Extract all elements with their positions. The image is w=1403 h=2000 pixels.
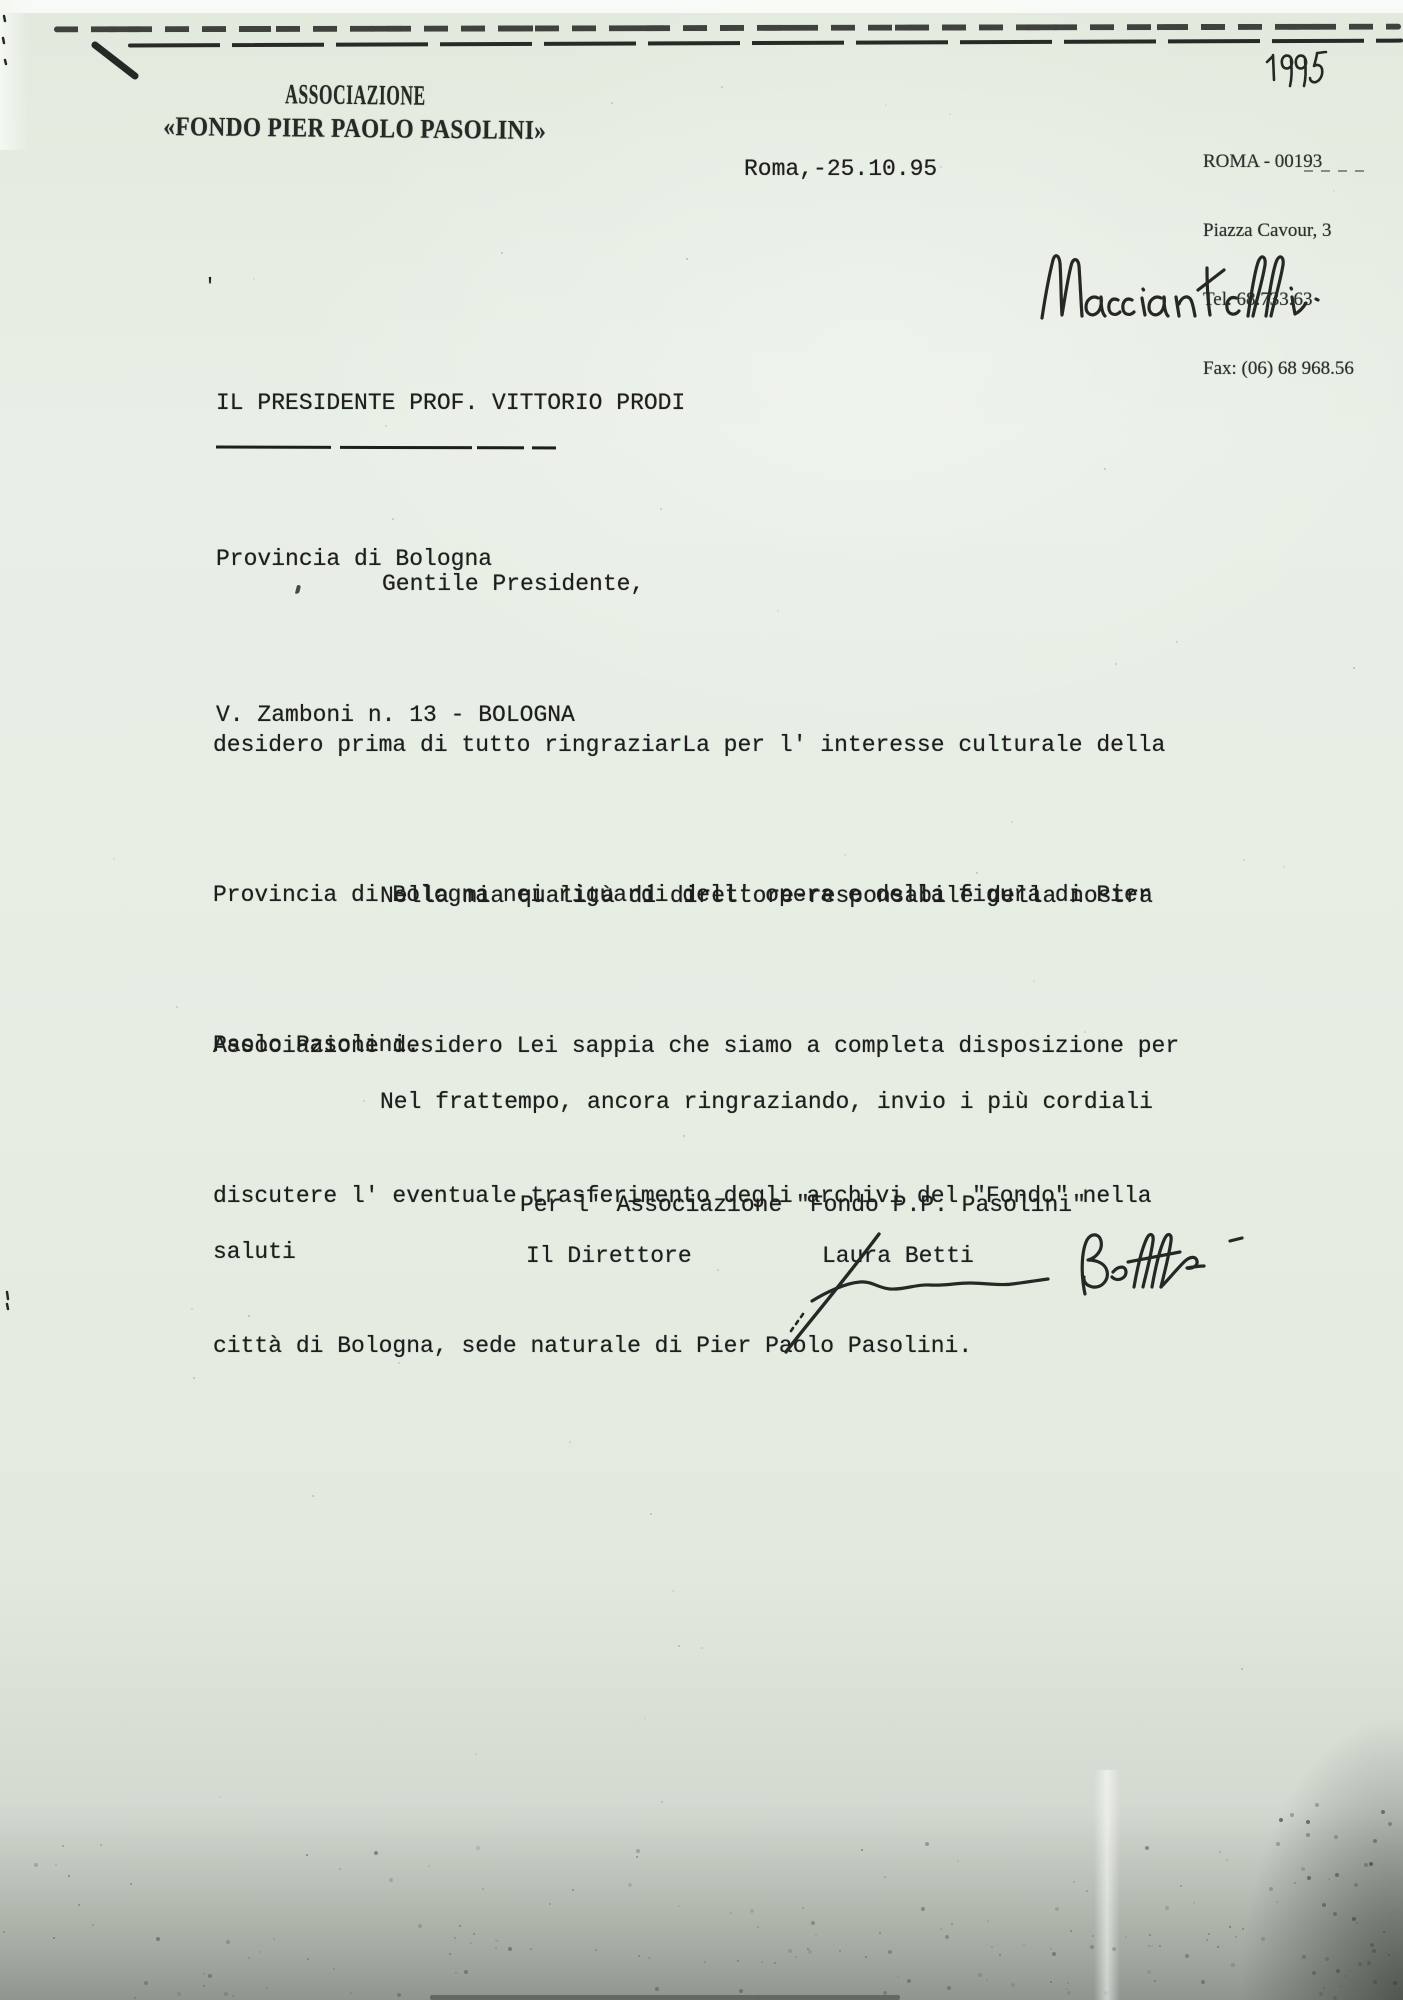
corner-address-block: ROMA - 00193 Piazza Cavour, 3 Tel. 68.73… (1203, 104, 1393, 426)
letterhead-fondo-name: «FONDO PIER PAOLO PASOLINI» (148, 111, 561, 146)
recipient-name-line: IL PRESIDENTE PROF. VITTORIO PRODI (216, 377, 685, 429)
body-line: desidero prima di tutto ringraziarLa per… (213, 720, 1165, 770)
corner-city-line: ROMA - 00193 (1203, 150, 1393, 173)
paragraph-3: Nel frattempo, ancora ringraziando, invi… (213, 977, 1153, 1377)
scan-edge-left-strip (0, 0, 28, 150)
closing-name-line: Laura Betti (822, 1231, 974, 1281)
body-line: Nella mia qualità di direttore-responsab… (213, 871, 1179, 921)
left-edge-marks (3, 16, 8, 1309)
corner-street-line: Piazza Cavour, 3 (1203, 219, 1393, 242)
salutation: Gentile Presidente, (382, 559, 644, 609)
corner-tel-line: Tel. 68.733.63 (1203, 288, 1393, 311)
letterhead-association: ASSOCIAZIONE (285, 79, 426, 112)
photocopy-noise (0, 0, 2, 2)
date-line: Roma,-25.10.95 (744, 155, 937, 183)
stray-apostrophe-mark: ' (204, 276, 216, 299)
photocopy-edge-dashes-lower (128, 39, 1403, 48)
closing-role-line: Il Direttore (526, 1231, 692, 1281)
pen-mark-top-left (95, 45, 135, 76)
scanned-letter-page: ASSOCIAZIONE «FONDO PIER PAOLO PASOLINI»… (0, 0, 1403, 2000)
bottom-right-shadow (1243, 1720, 1403, 2000)
body-line: Nel frattempo, ancora ringraziando, invi… (213, 1077, 1153, 1127)
closing-organization-line: Per l' Associazione "Fondo P.P. Pasolini… (520, 1180, 1086, 1230)
photocopy-edge-dashes-upper (54, 24, 1401, 33)
bottom-edge-streak (430, 1995, 900, 2000)
handwritten-year-1995 (1267, 52, 1326, 86)
paper-crease (1094, 1770, 1120, 2000)
scan-edge-white-strip (0, 0, 1403, 13)
corner-fax-line: Fax: (06) 68 968.56 (1203, 357, 1393, 380)
letterhead: ASSOCIAZIONE «FONDO PIER PAOLO PASOLINI» (115, 77, 596, 146)
bottom-scan-band (0, 1815, 1403, 2000)
